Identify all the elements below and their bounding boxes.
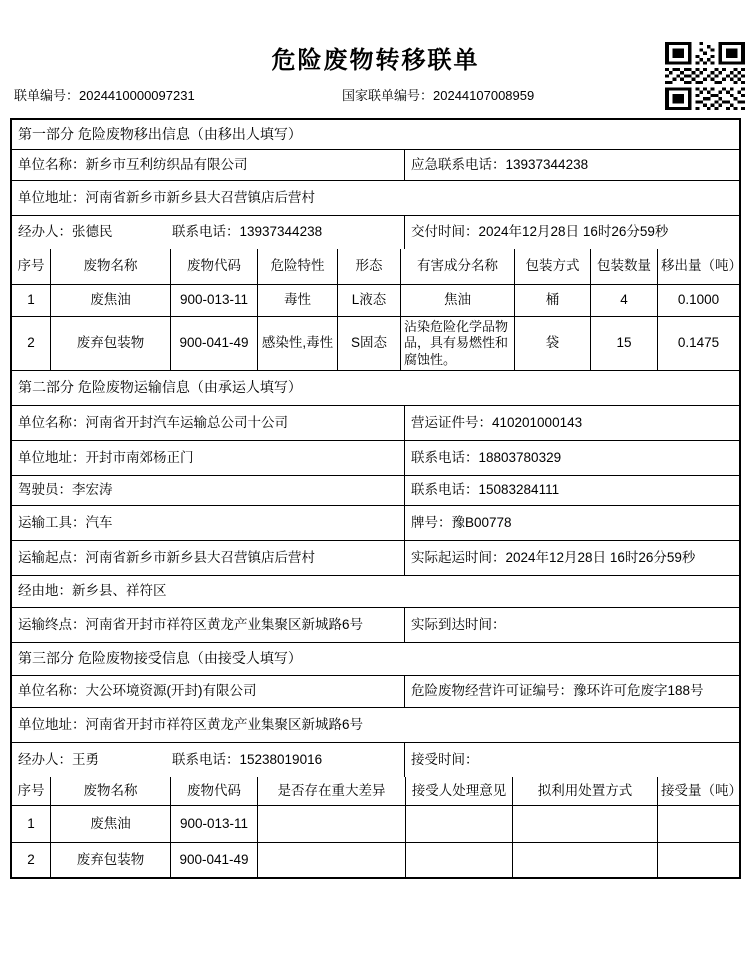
waste-table-cell: 2: [12, 317, 50, 370]
emergency-phone: 应急联系电话：13937344238: [404, 150, 739, 180]
transport-origin: 运输起点：河南省新乡市新乡县大召营镇店后营村: [12, 541, 404, 575]
waste-table-header-cell: 废物代码: [170, 249, 257, 284]
generator-agent-phone: 联系电话：13937344238: [172, 224, 322, 241]
waste-table-cell: [257, 806, 405, 842]
generator-agent: 经办人：张德民: [18, 224, 172, 241]
waste-table-cell: [512, 843, 657, 877]
waste-table-cell: L液态: [337, 285, 400, 316]
waste-table-cell: 0.1000: [657, 285, 739, 316]
driver-phone: 联系电话：15083284111: [404, 476, 739, 505]
receiver-agent-phone: 联系电话：15238019016: [172, 752, 322, 769]
transport-destination: 运输终点：河南省开封市祥符区黄龙产业集聚区新城路6号: [12, 608, 404, 642]
waste-table-cell: [257, 843, 405, 877]
waste-table-header-cell: 包装方式: [514, 249, 590, 284]
section2-driver-row: 驾驶员：李宏涛 联系电话：15083284111: [12, 475, 739, 505]
waste-table-cell: [405, 806, 512, 842]
transport-via: 经由地：新乡县、祥符区: [12, 576, 739, 607]
section3-agent-row: 经办人：王勇 联系电话：15238019016 接受时间：: [12, 742, 739, 777]
section1-address-row: 单位地址：河南省新乡市新乡县大召营镇店后营村: [12, 180, 739, 215]
waste-table-cell: 废焦油: [50, 806, 170, 842]
waste-table-cell: 4: [590, 285, 657, 316]
waste-table-cell: 900-013-11: [170, 285, 257, 316]
manifest-sheet: 第一部分 危险废物移出信息（由移出人填写） 单位名称：新乡市互利纺织品有限公司 …: [10, 118, 741, 879]
accept-time: 接受时间：: [404, 743, 739, 777]
generator-agent-cell: 经办人：张德民 联系电话：13937344238: [12, 216, 404, 249]
section2-heading: 第二部分 危险废物运输信息（由承运人填写）: [12, 371, 739, 405]
waste-table-header-cell: 有害成分名称: [400, 249, 514, 284]
waste-table-cell: 0.1475: [657, 317, 739, 370]
waste-table-cell: 袋: [514, 317, 590, 370]
waste-table-cell: 桶: [514, 285, 590, 316]
waste-table-cell: 1: [12, 285, 50, 316]
receiver-agent: 经办人：王勇: [18, 752, 172, 769]
section1-heading-row: 第一部分 危险废物移出信息（由移出人填写）: [12, 120, 739, 149]
waste-table-cell: 15: [590, 317, 657, 370]
waste-table-cell: 900-041-49: [170, 843, 257, 877]
section3-waste-table: 序号废物名称废物代码是否存在重大差异接受人处理意见拟利用处置方式接受量（吨）1废…: [12, 777, 739, 877]
waste-table-header-cell: 废物代码: [170, 777, 257, 805]
waste-table-cell: [657, 843, 739, 877]
waste-table-row: 2废弃包装物900-041-49感染性,毒性S固态沾染危险化学品物品，具有易燃性…: [12, 316, 739, 370]
section3-heading-row: 第三部分 危险废物接受信息（由接受人填写）: [12, 642, 739, 675]
generator-company-name: 单位名称：新乡市互利纺织品有限公司: [12, 150, 404, 180]
waste-table-cell: [512, 806, 657, 842]
waste-table-cell: 废弃包装物: [50, 843, 170, 877]
waste-table-cell: 废焦油: [50, 285, 170, 316]
national-manifest-number: 国家联单编号：20244107008959: [342, 85, 534, 104]
carrier-license-no: 营运证件号：410201000143: [404, 406, 739, 440]
waste-table-row: 2废弃包装物900-041-49: [12, 842, 739, 877]
waste-table-header-row: 序号废物名称废物代码是否存在重大差异接受人处理意见拟利用处置方式接受量（吨）: [12, 777, 739, 805]
section1-company-row: 单位名称：新乡市互利纺织品有限公司 应急联系电话：13937344238: [12, 149, 739, 180]
waste-table-header-cell: 接受人处理意见: [405, 777, 512, 805]
waste-table-row: 1废焦油900-013-11: [12, 805, 739, 842]
manifest-number: 联单编号：2024410000097231: [14, 85, 195, 104]
plate-number: 牌号：豫B00778: [404, 506, 739, 540]
waste-table-header-cell: 移出量（吨）: [657, 249, 739, 284]
waste-table-header-row: 序号废物名称废物代码危险特性形态有害成分名称包装方式包装数量移出量（吨）: [12, 249, 739, 284]
qr-code-icon: [665, 42, 745, 110]
carrier-phone: 联系电话：18803780329: [404, 441, 739, 475]
waste-table-cell: 沾染危险化学品物品，具有易燃性和腐蚀性。: [400, 317, 514, 370]
receiver-agent-cell: 经办人：王勇 联系电话：15238019016: [12, 743, 404, 777]
waste-table-row: 1废焦油900-013-11毒性L液态焦油桶40.1000: [12, 284, 739, 316]
waste-table-header-cell: 形态: [337, 249, 400, 284]
waste-table-header-cell: 序号: [12, 249, 50, 284]
carrier-company-name: 单位名称：河南省开封汽车运输总公司十公司: [12, 406, 404, 440]
waste-table-cell: 1: [12, 806, 50, 842]
waste-table-cell: 焦油: [400, 285, 514, 316]
waste-table-cell: [657, 806, 739, 842]
section1-agent-row: 经办人：张德民 联系电话：13937344238 交付时间：2024年12月28…: [12, 215, 739, 249]
section1-waste-table: 序号废物名称废物代码危险特性形态有害成分名称包装方式包装数量移出量（吨）1废焦油…: [12, 249, 739, 370]
section3-heading: 第三部分 危险废物接受信息（由接受人填写）: [12, 643, 739, 675]
waste-table-header-cell: 是否存在重大差异: [257, 777, 405, 805]
driver-name: 驾驶员：李宏涛: [12, 476, 404, 505]
section2-heading-row: 第二部分 危险废物运输信息（由承运人填写）: [12, 370, 739, 405]
section1-heading: 第一部分 危险废物移出信息（由移出人填写）: [12, 120, 739, 149]
section2-company-row: 单位名称：河南省开封汽车运输总公司十公司 营运证件号：410201000143: [12, 405, 739, 440]
section2-via-row: 经由地：新乡县、祥符区: [12, 575, 739, 607]
hazardous-waste-manifest-page: { "page": { "title": "危险废物转移联单", "manife…: [0, 0, 751, 980]
receiver-address: 单位地址：河南省开封市祥符区黄龙产业集聚区新城路6号: [12, 708, 739, 742]
waste-table-cell: 感染性,毒性: [257, 317, 337, 370]
section2-address-row: 单位地址：开封市南郊杨正门 联系电话：18803780329: [12, 440, 739, 475]
section3-company-row: 单位名称：大公环境资源(开封)有限公司 危险废物经营许可证编号：豫环许可危废字1…: [12, 675, 739, 707]
waste-table-cell: 毒性: [257, 285, 337, 316]
waste-table-cell: 2: [12, 843, 50, 877]
waste-table-header-cell: 拟利用处置方式: [512, 777, 657, 805]
waste-table-header-cell: 废物名称: [50, 777, 170, 805]
waste-table-cell: 900-013-11: [170, 806, 257, 842]
page-title: 危险废物转移联单: [0, 40, 751, 75]
generator-address: 单位地址：河南省新乡市新乡县大召营镇店后营村: [12, 181, 739, 215]
waste-table-header-cell: 接受量（吨）: [657, 777, 739, 805]
section2-origin-row: 运输起点：河南省新乡市新乡县大召营镇店后营村 实际起运时间：2024年12月28…: [12, 540, 739, 575]
receiver-company-name: 单位名称：大公环境资源(开封)有限公司: [12, 676, 404, 707]
waste-table-header-cell: 包装数量: [590, 249, 657, 284]
waste-table-cell: 废弃包装物: [50, 317, 170, 370]
transport-vehicle: 运输工具：汽车: [12, 506, 404, 540]
section2-destination-row: 运输终点：河南省开封市祥符区黄龙产业集聚区新城路6号 实际到达时间：: [12, 607, 739, 642]
waste-table-cell: [405, 843, 512, 877]
departure-time: 实际起运时间：2024年12月28日 16时26分59秒: [404, 541, 739, 575]
waste-table-header-cell: 危险特性: [257, 249, 337, 284]
section3-address-row: 单位地址：河南省开封市祥符区黄龙产业集聚区新城路6号: [12, 707, 739, 742]
carrier-address: 单位地址：开封市南郊杨正门: [12, 441, 404, 475]
delivery-time: 交付时间：2024年12月28日 16时26分59秒: [404, 216, 739, 249]
section2-vehicle-row: 运输工具：汽车 牌号：豫B00778: [12, 505, 739, 540]
waste-table-header-cell: 废物名称: [50, 249, 170, 284]
waste-table-cell: S固态: [337, 317, 400, 370]
waste-table-cell: 900-041-49: [170, 317, 257, 370]
arrival-time: 实际到达时间：: [404, 608, 739, 642]
waste-table-header-cell: 序号: [12, 777, 50, 805]
receiver-permit-no: 危险废物经营许可证编号：豫环许可危废字188号: [404, 676, 739, 707]
